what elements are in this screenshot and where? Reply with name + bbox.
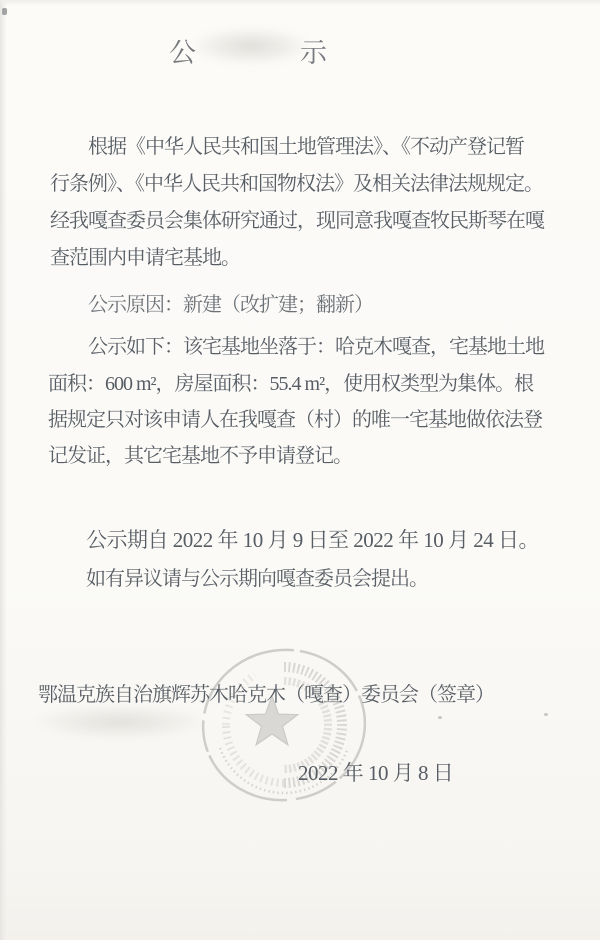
reason-line: 公示原因：新建（改扩建；翻新） [88,288,373,317]
detail-line-4: 记发证，其它宅基地不予申请登记。 [48,439,352,468]
detail-line-2: 面积：600 m²，房屋面积：55.4 m²，使用权类型为集体。根 [48,367,533,396]
intro-line-1: 根据《中华人民共和国土地管理法》、《不动产登记暂 [88,130,524,159]
intro-line-2: 行条例》、《中华人民共和国物权法》及相关法律法规规定。 [50,167,543,196]
notice-page: 公示 根据《中华人民共和国土地管理法》、《不动产登记暂 行条例》、《中华人民共和… [0,0,600,940]
intro-line-3: 经我嘎查委员会集体研究通过，现同意我嘎查牧民斯琴在嘎 [50,204,544,233]
scan-speck [2,8,7,15]
scan-edge-left [0,0,7,940]
intro-line-4: 查范围内申请宅基地。 [50,241,240,270]
notice-title: 公示 [169,31,431,70]
period-line: 公示期自 2022 年 10 月 9 日至 2022 年 10 月 24 日。 [86,524,539,554]
scan-speck [438,716,442,719]
date-line: 2022 年 10 月 8 日 [298,757,453,787]
signature-line: 鄂温克族自治旗辉苏木哈克木（嘎查）委员会（签章） [38,678,494,707]
scan-speck [544,713,548,716]
objection-line: 如有异议请与公示期向嘎查委员会提出。 [86,562,428,591]
scan-smudge [36,706,204,738]
scan-edge-top [0,0,600,6]
detail-line-1: 公示如下：该宅基地坐落于：哈克木嘎查，宅基地土地 [88,330,544,359]
detail-line-3: 据规定只对该申请人在我嘎查（村）的唯一宅基地做依法登 [48,403,542,432]
